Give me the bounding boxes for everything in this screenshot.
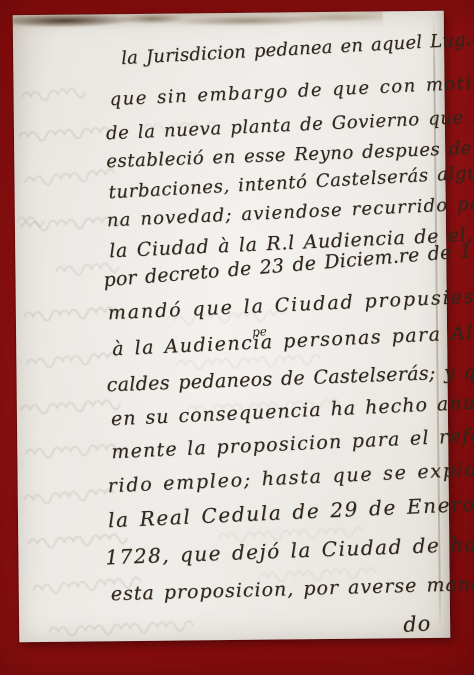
ghost-squiggle-4 — [17, 217, 44, 228]
manuscript-page: la Jurisdicion pedanea en aquel Lug.o:qu… — [13, 11, 451, 642]
top-edge-stain — [13, 11, 383, 32]
manuscript-line-3: de la nueva planta de Govierno que se — [105, 106, 474, 145]
manuscript-line-17: esta proposicion, por averse manda — [110, 573, 474, 606]
ghost-squiggle-11 — [24, 488, 114, 505]
ghost-squiggle-5 — [21, 216, 120, 232]
ghost-squiggle-10 — [25, 443, 124, 459]
ghost-squiggle-2 — [19, 127, 109, 142]
ghost-squiggle-3 — [25, 169, 115, 187]
interlinear-correction: pe — [252, 324, 268, 339]
photograph-of-manuscript: la Jurisdicion pedanea en aquel Lug.o:qu… — [0, 0, 474, 675]
catchword: do — [402, 611, 432, 637]
manuscript-line-12: en su consequencia ha hecho anual- — [110, 391, 474, 431]
manuscript-line-16: 1728, que dejó la Ciudad de hacer — [105, 530, 474, 569]
ghost-squiggle-8 — [27, 352, 117, 369]
manuscript-line-9: mandó que la Ciudad propusiesse — [107, 284, 474, 324]
manuscript-line-14: rido empleo; hasta que se expidió — [107, 458, 474, 498]
manuscript-line-13: mente la proposicion para el refe- — [111, 424, 474, 463]
ghost-squiggle-14 — [49, 621, 193, 637]
manuscript-line-11: caldes pedaneos de Castelserás; y que — [106, 360, 474, 396]
manuscript-line-15: la Real Cedula de 29 de Enero de — [107, 490, 474, 532]
manuscript-line-2: que sin embargo de que con motivo — [109, 72, 474, 111]
ghost-squiggle-9 — [21, 399, 120, 415]
ghost-squiggle-1 — [22, 88, 86, 103]
manuscript-line-10: à la Audiencia personas para Al- — [112, 321, 474, 360]
manuscript-line-1: la Jurisdicion pedanea en aquel Lug.o: — [121, 28, 474, 69]
